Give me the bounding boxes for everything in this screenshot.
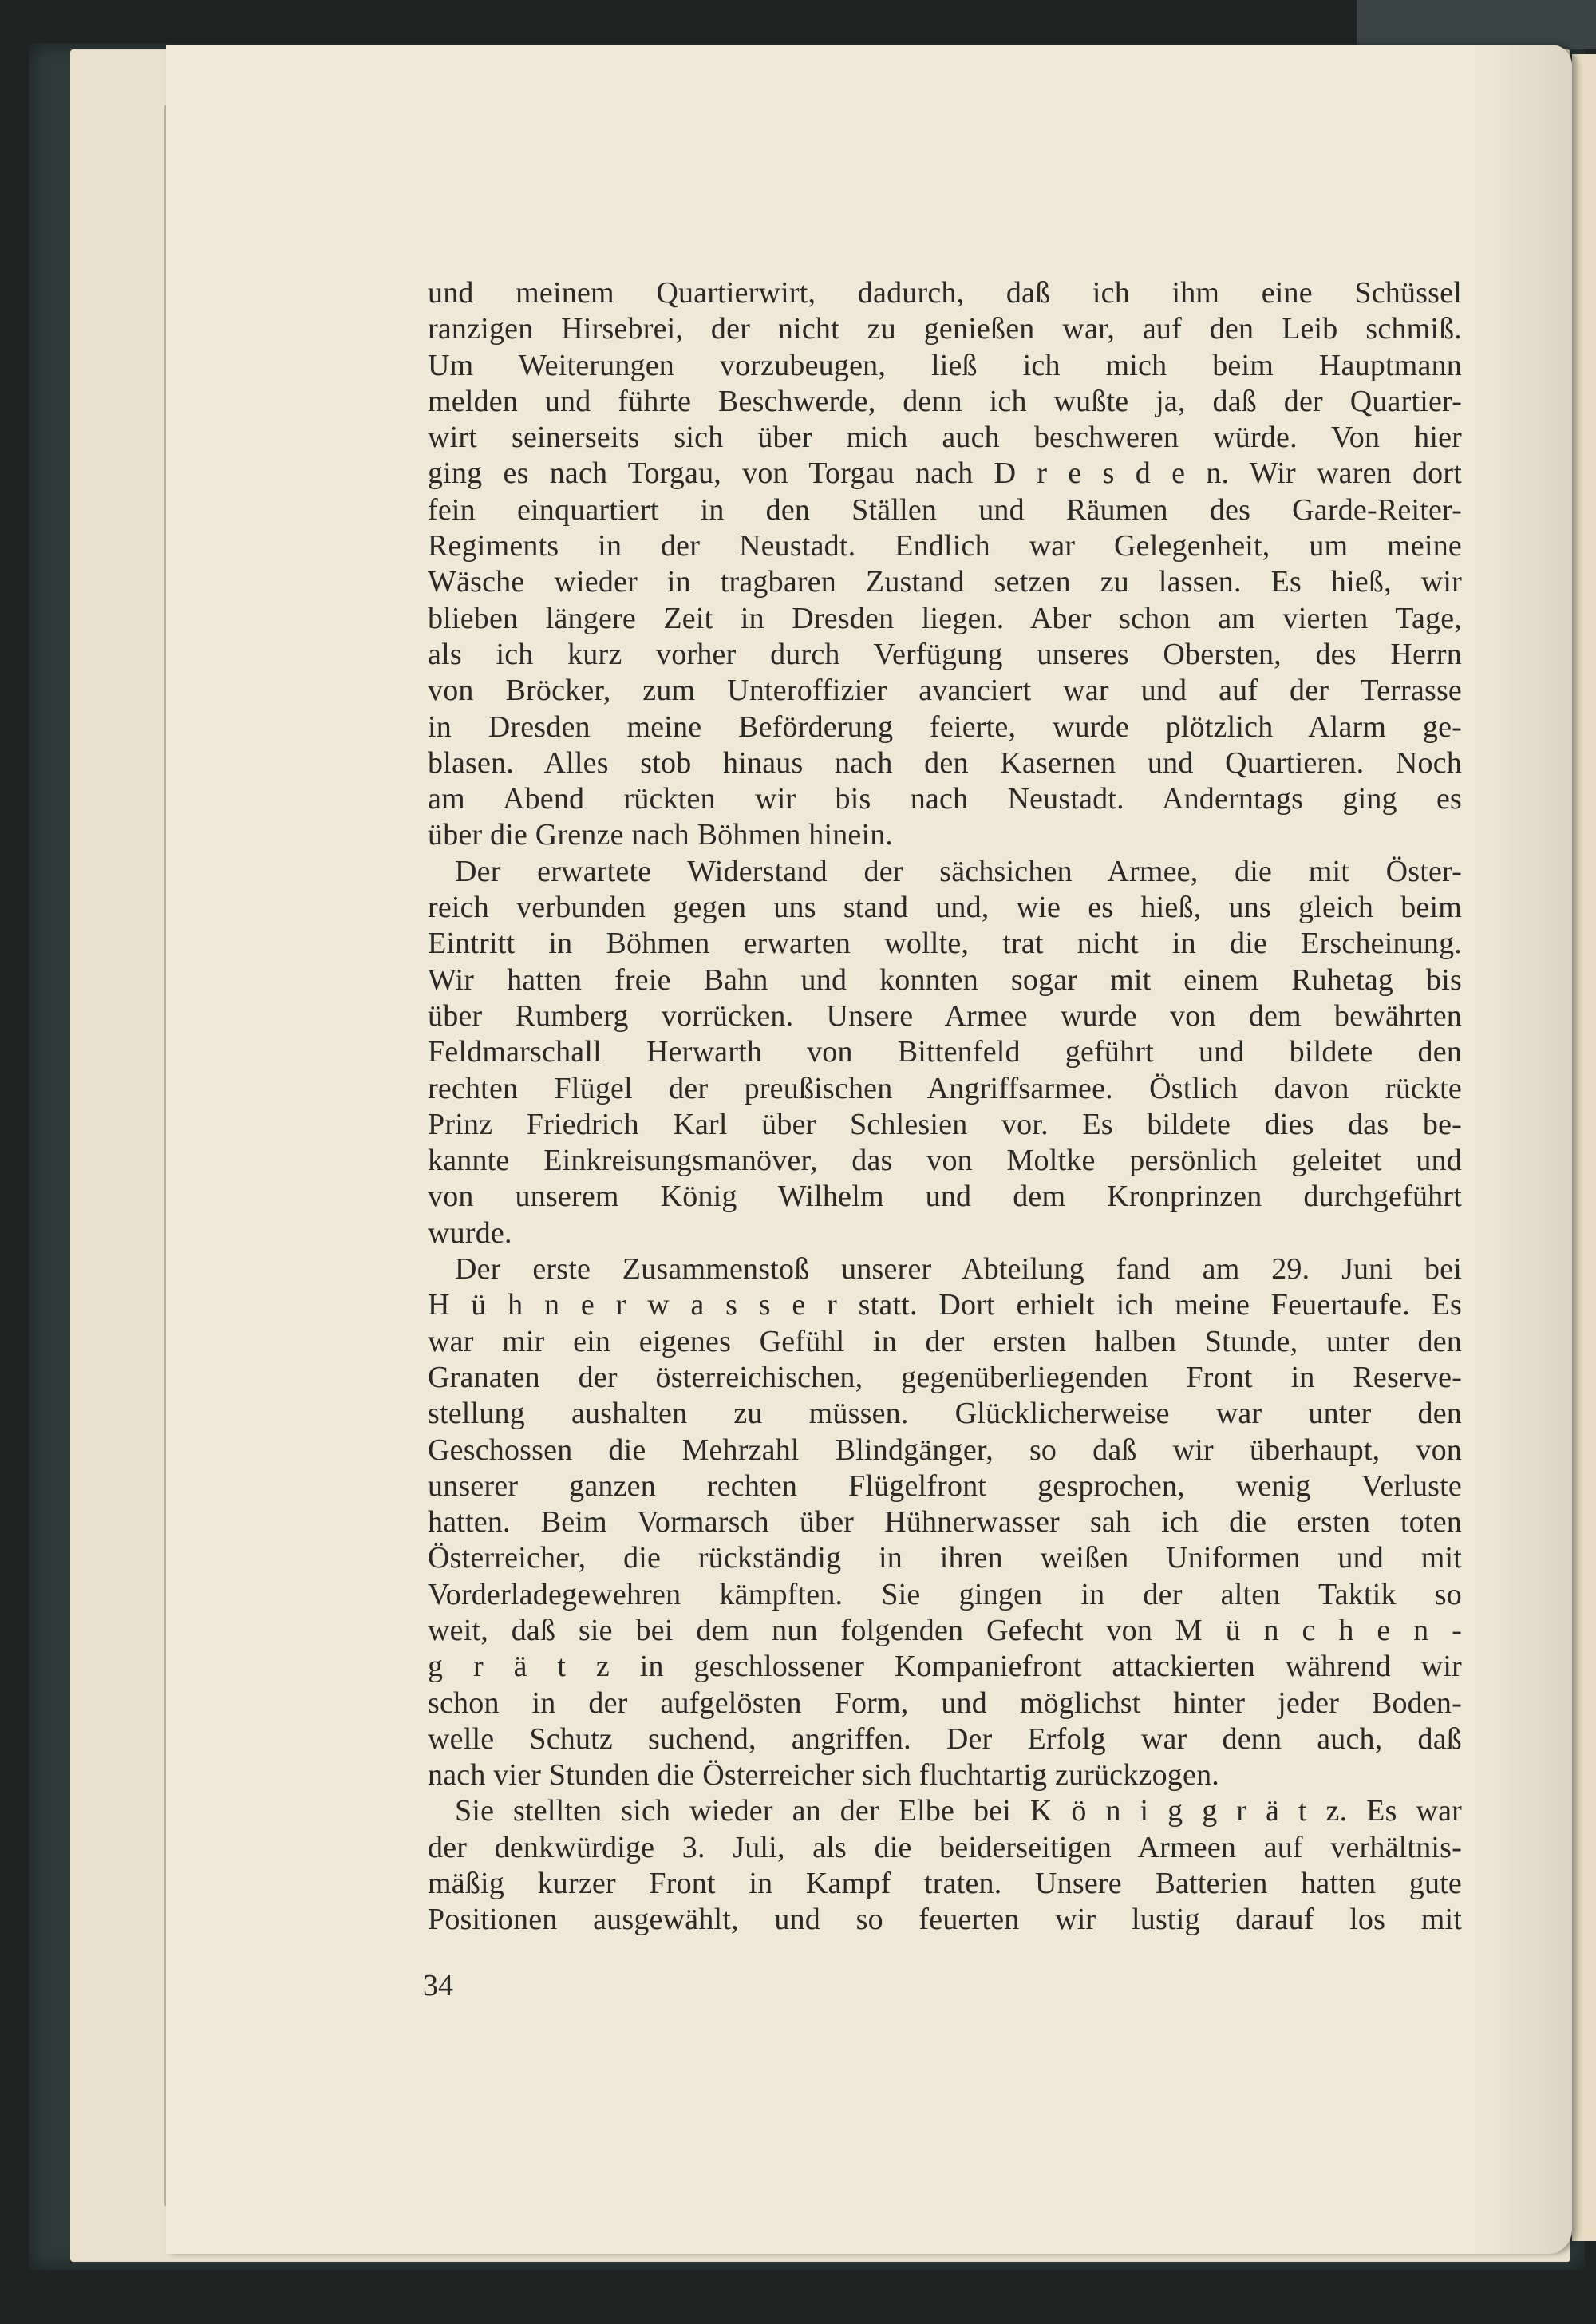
text-line: stellung aushalten zu müssen. Glückliche… xyxy=(428,1396,1462,1432)
text-line: mäßig kurzer Front in Kampf traten. Unse… xyxy=(428,1866,1462,1902)
text-line: Eintritt in Böhmen erwarten wollte, trat… xyxy=(428,926,1462,962)
text-line: Sie stellten sich wieder an der Elbe bei… xyxy=(428,1793,1462,1829)
page-number: 34 xyxy=(423,1968,453,2003)
text-line: Feldmarschall Herwarth von Bittenfeld ge… xyxy=(428,1034,1462,1070)
text-line: kannte Einkreisungsmanöver, das von Molt… xyxy=(428,1143,1462,1179)
text-line: schon in der aufgelösten Form, und mögli… xyxy=(428,1686,1462,1721)
facing-page-edge xyxy=(1572,54,1596,2241)
text-line: reich verbunden gegen uns stand und, wie… xyxy=(428,890,1462,926)
gutter-shadow xyxy=(1475,45,1572,2254)
text-line: ging es nach Torgau, von Torgau nach D r… xyxy=(428,456,1462,492)
text-line: weit, daß sie bei dem nun folgenden Gefe… xyxy=(428,1613,1462,1649)
page-body-text: und meinem Quartierwirt, dadurch, daß ic… xyxy=(428,275,1462,1939)
text-line: wurde. xyxy=(428,1215,1462,1251)
text-line: rechten Flügel der preußischen Angriffsa… xyxy=(428,1071,1462,1107)
text-line: als ich kurz vorher durch Verfügung unse… xyxy=(428,637,1462,673)
text-line: der denkwürdige 3. Juli, als die beiders… xyxy=(428,1830,1462,1866)
text-line: von unserem König Wilhelm und dem Kronpr… xyxy=(428,1179,1462,1215)
text-line: ranzigen Hirsebrei, der nicht zu genieße… xyxy=(428,311,1462,347)
text-line: Der erwartete Widerstand der sächsichen … xyxy=(428,854,1462,890)
text-line: Positionen ausgewählt, und so feuerten w… xyxy=(428,1902,1462,1938)
text-line: über Rumberg vorrücken. Unsere Armee wur… xyxy=(428,998,1462,1034)
text-line: unserer ganzen rechten Flügelfront gespr… xyxy=(428,1468,1462,1504)
text-line: Österreicher, die rückständig in ihren w… xyxy=(428,1540,1462,1576)
text-line: Wäsche wieder in tragbaren Zustand setze… xyxy=(428,564,1462,600)
text-line: Prinz Friedrich Karl über Schlesien vor.… xyxy=(428,1107,1462,1143)
text-line: am Abend rückten wir bis nach Neustadt. … xyxy=(428,781,1462,817)
text-line: g r ä t z in geschlossener Kompaniefront… xyxy=(428,1649,1462,1685)
text-line: Granaten der österreichischen, gegenüber… xyxy=(428,1360,1462,1396)
text-line: fein einquartiert in den Ställen und Räu… xyxy=(428,492,1462,528)
text-line: melden und führte Beschwerde, denn ich w… xyxy=(428,384,1462,420)
text-line: Regiments in der Neustadt. Endlich war G… xyxy=(428,528,1462,564)
text-line: blasen. Alles stob hinaus nach den Kaser… xyxy=(428,745,1462,781)
text-line: wirt seinerseits sich über mich auch bes… xyxy=(428,420,1462,456)
text-line: blieben längere Zeit in Dresden liegen. … xyxy=(428,601,1462,637)
text-line: Geschossen die Mehrzahl Blindgänger, so … xyxy=(428,1433,1462,1468)
text-line: und meinem Quartierwirt, dadurch, daß ic… xyxy=(428,275,1462,311)
text-line: Um Weiterungen vorzubeugen, ließ ich mic… xyxy=(428,348,1462,384)
text-line: welle Schutz suchend, angriffen. Der Erf… xyxy=(428,1721,1462,1757)
text-line: Vorderladegewehren kämpften. Sie gingen … xyxy=(428,1577,1462,1613)
text-line: nach vier Stunden die Österreicher sich … xyxy=(428,1757,1462,1793)
text-line: Wir hatten freie Bahn und konnten sogar … xyxy=(428,962,1462,998)
book-cover-top-edge xyxy=(1357,0,1596,49)
text-line: H ü h n e r w a s s e r statt. Dort erhi… xyxy=(428,1287,1462,1323)
text-line: von Bröcker, zum Unteroffizier avanciert… xyxy=(428,673,1462,709)
text-line: hatten. Beim Vormarsch über Hühnerwasser… xyxy=(428,1504,1462,1540)
text-line: war mir ein eigenes Gefühl in der ersten… xyxy=(428,1324,1462,1360)
text-line: über die Grenze nach Böhmen hinein. xyxy=(428,817,1462,853)
text-line: in Dresden meine Beförderung feierte, wu… xyxy=(428,709,1462,745)
text-line: Der erste Zusammenstoß unserer Abteilung… xyxy=(428,1251,1462,1287)
